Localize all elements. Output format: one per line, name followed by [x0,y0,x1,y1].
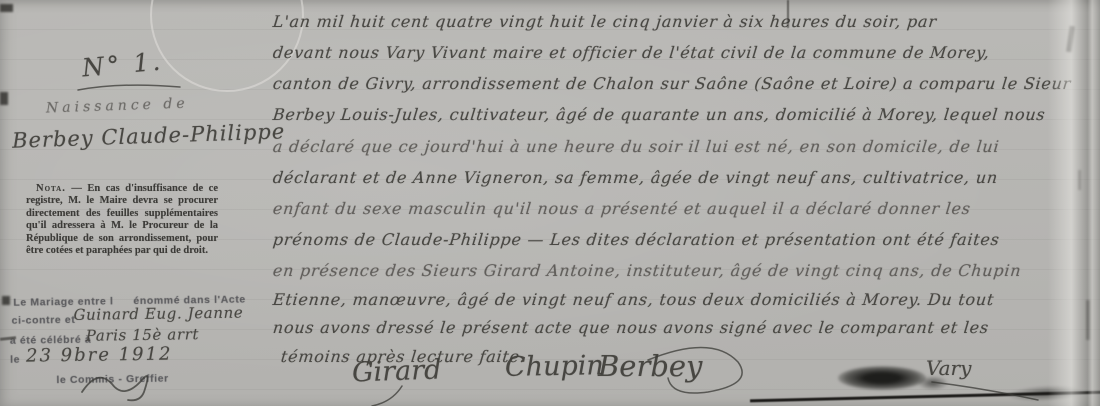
signature-chupin: Chupin [505,350,604,383]
body-line: prénoms de Claude-Philippe — Les dites d… [272,230,1001,249]
act-name: Berbey Claude-Philippe [12,119,286,153]
signature-girard: Girard [351,354,441,388]
ink-blot-small [918,376,948,390]
nota-block: Nota. — En cas d'insuffisance de ce regi… [26,183,218,257]
fold-dark-mark [1086,300,1090,340]
act-type-label: Naissance de [46,96,189,117]
act-number: N° 1. [81,47,164,83]
body-line: Etienne, manœuvre, âgé de vingt neuf ans… [272,290,995,309]
ink-blot [838,366,926,390]
body-line: Berbey Louis-Jules, cultivateur, âgé de … [272,105,1046,124]
body-line: enfant du sexe masculin qu'il nous a pré… [272,199,972,218]
signature-berbey: Berbey [598,349,702,383]
stamp-line-2: ci-contre et [12,314,76,327]
act-number-underline [78,85,180,90]
fold-dark-mark [1078,170,1081,190]
body-line: en présence des Sieurs Girard Antoine, i… [272,261,1022,280]
fold-dark-mark [1066,26,1075,52]
commis-greffier-label: le Commis - Greffier [56,373,169,387]
register-page-scan: N° 1. Naissance de Berbey Claude-Philipp… [0,0,1100,406]
stamp-handwritten-spouse: Guinard Eug. Jeanne [73,304,243,324]
edge-mark [0,4,13,12]
marriage-mention-stamp: Le Mariage entre l énommé dans l'Acte ci… [7,291,271,406]
girard-descender-stroke [372,386,402,406]
stray-pen-stroke [787,0,789,28]
edge-mark [0,92,8,105]
stamp-handwritten-place: Paris 15è arrt [86,325,199,345]
body-line: nous avons dressé le présent acte que no… [272,318,990,337]
edge-mark [2,296,10,305]
paper-fold-shadow [1048,0,1100,406]
stamp-handwritten-date: 23 9bre 1912 [26,344,173,367]
body-line: déclarant et de Anne Vigneron, sa femme,… [272,168,999,187]
body-line: canton de Givry, arrondissement de Chalo… [272,74,1072,93]
nota-label: Nota. [36,183,66,194]
body-line: a déclaré que ce jourd'hui à une heure d… [272,137,1000,156]
body-line: L'an mil huit cent quatre vingt huit le … [272,12,938,31]
body-line: devant nous Vary Vivant maire et officie… [272,43,991,62]
stamp-line-4: le [10,354,20,366]
